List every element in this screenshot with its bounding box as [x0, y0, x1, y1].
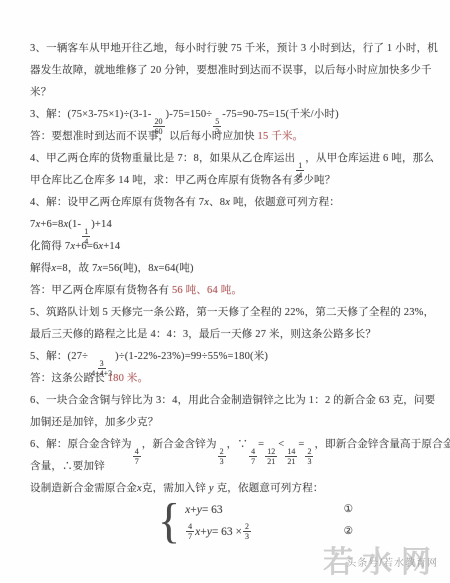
text-run: +6=6	[75, 241, 98, 252]
text-line: 答：甲乙两仓库原有货物各有 56 吨、64 吨。	[30, 280, 428, 302]
text-line: 7x+6=8x(1-14)+14	[30, 214, 428, 236]
text-run: 最后三天修的路程之比是 4：4：3，最后一天修 27 米，则这条公路多长？	[30, 329, 376, 340]
text-line: 3、一辆客车从甲地开往乙地，每小时行驶 75 千米，预计 3 小时到达，行了 1…	[30, 38, 428, 60]
text-run: +14	[103, 241, 120, 252]
text-run: 3、一辆客车从甲地开往乙地，每小时行驶 75 千米，预计 3 小时到达，行了 1…	[30, 43, 438, 54]
text-line: 答：这条公路长 180 米。	[30, 368, 428, 390]
text-run: 答：要想准时到达而不误事，以后每小时应加快	[30, 131, 258, 142]
text-run: 化简得 7	[30, 241, 70, 252]
system-equation-row: x + y = 63①	[185, 501, 353, 519]
text-run: 加铜还是加锌，加多少克？	[30, 417, 158, 428]
fraction: 47	[186, 522, 194, 541]
text-line: 3、解：(75×3-75×1)÷(3-1-2060)-75=150÷53-75=…	[30, 104, 428, 126]
text-line: 含量，∴要加锌	[30, 456, 428, 478]
text-line: 化简得 7x+6=6x+14	[30, 236, 428, 258]
fraction: 1421	[285, 447, 297, 466]
fraction: 23	[218, 447, 226, 466]
text-run: 设制造新合金需原合金	[30, 483, 137, 494]
equation-number-badge: ①	[344, 501, 353, 519]
text-line: 4、甲乙两仓库的货物重量比是 7：8，如果从乙仓库运出14，从甲仓库运进 6 吨…	[30, 148, 428, 170]
text-line: 5、解：(27÷34+4+3)÷(1-22%-23%)=99÷55%=180(米…	[30, 346, 428, 368]
system-equation-row: 47x + y = 63 × 23②	[185, 522, 353, 541]
text-run: = 63 ×	[212, 523, 242, 541]
fraction: 1221	[265, 447, 277, 466]
text-run: 4、解：设甲乙两仓库原有货物各有 7	[30, 197, 204, 208]
text-line: 答：要想准时到达而不误事，以后每小时应加快 15 千米。	[30, 126, 428, 148]
text-run: =	[258, 439, 264, 450]
text-run: =64(吨)	[159, 263, 194, 274]
text-run: ，∵	[227, 439, 248, 450]
equation-system: { x + y = 63①47x + y = 63 × 23②	[158, 498, 353, 544]
text-run: = 63	[202, 501, 223, 519]
text-run: )+14	[91, 219, 112, 230]
text-run: )-75=150÷	[166, 109, 213, 120]
text-run: 5、筑路队计划 5 天修完一条公路，第一天修了全程的 22%，第二天修了全程的 …	[30, 307, 434, 318]
fraction: 47	[249, 447, 257, 466]
text-run: ，即新合金锌含量高于原合金锌	[314, 439, 450, 450]
text-run: 4、甲乙两仓库的货物重量比是 7：8，如果从乙仓库运出	[30, 153, 295, 164]
left-brace: {	[158, 497, 180, 545]
text-run: 克，依题意可列方程：	[214, 483, 324, 494]
watermark-caption: 头条号/若水教育网	[346, 554, 438, 569]
text-run: 器发生故障，就地维修了 20 分钟，要想准时到达而不误事，以后每小时应加快多少千	[30, 65, 432, 76]
text-run: 5、解：(27÷	[30, 351, 88, 362]
text-line: 5、筑路队计划 5 天修完一条公路，第一天修了全程的 22%，第二天修了全程的 …	[30, 302, 428, 324]
text-run: 3、解：(75×3-75×1)÷(3-1-	[30, 109, 152, 120]
text-run: =	[298, 439, 304, 450]
text-run: ，从甲仓库运进 6 吨，那么	[305, 153, 434, 164]
text-line: 器发生故障，就地维修了 20 分钟，要想准时到达而不误事，以后每小时应加快多少千	[30, 60, 428, 82]
text-line: 解得x=8，故 7x=56(吨)，8x=64(吨)	[30, 258, 428, 280]
text-run: 解得	[30, 263, 51, 274]
text-run: ，新合金含锌为	[142, 439, 217, 450]
text-run: 米？	[30, 87, 51, 98]
text-run: <	[278, 439, 284, 450]
text-line: 6、一块合金含铜与锌比为 3：4，用此合金制造铜锌之比为 1：2 的新合金 63…	[30, 390, 428, 412]
fraction: 47	[133, 447, 141, 466]
text-run: -75=90-75=15(千米/小时)	[222, 109, 339, 120]
text-run: 6、解：原合金含锌为	[30, 439, 132, 450]
text-run: (1-	[68, 219, 81, 230]
text-run: 、8	[209, 197, 225, 208]
text-line: 6、解：原合金含锌为47，新合金含锌为23，∵47=1221<1421=23，即…	[30, 434, 428, 456]
text-run: =56(吨)，8	[102, 263, 153, 274]
text-run: 答：这条公路长	[30, 373, 108, 384]
text-line: 甲仓库比乙仓库多 14 吨，求：甲乙两仓库原有货物各有多少吨？	[30, 170, 428, 192]
text-run: +6=8	[40, 219, 63, 230]
text-run: 56 吨、64 吨。	[172, 285, 242, 296]
text-run: 吨，依题意可列方程：	[230, 197, 340, 208]
text-line: 设制造新合金需原合金x克，需加入锌 y 克，依题意可列方程：	[30, 478, 428, 500]
text-line: 最后三天修的路程之比是 4：4：3，最后一天修 27 米，则这条公路多长？	[30, 324, 428, 346]
text-run: )÷(1-22%-23%)=99÷55%=180(米)	[115, 351, 268, 362]
text-run: 含量，∴要加锌	[30, 461, 105, 472]
worksheet-page: 3、一辆客车从甲地开往乙地，每小时行驶 75 千米，预计 3 小时到达，行了 1…	[0, 0, 450, 583]
document-body: 3、一辆客车从甲地开往乙地，每小时行驶 75 千米，预计 3 小时到达，行了 1…	[30, 38, 428, 500]
text-run: 答：甲乙两仓库原有货物各有	[30, 285, 172, 296]
fraction: 23	[305, 447, 313, 466]
text-run: 克，需加入锌	[142, 483, 209, 494]
text-run: 180 米。	[108, 373, 149, 384]
system-rows: x + y = 63①47x + y = 63 × 23②	[185, 501, 353, 541]
text-run: 6、一块合金含铜与锌比为 3：4，用此合金制造铜锌之比为 1：2 的新合金 63…	[30, 395, 435, 406]
text-line: 加铜还是加锌，加多少克？	[30, 412, 428, 434]
text-run: =8，故 7	[56, 263, 97, 274]
text-line: 米？	[30, 82, 428, 104]
text-run: 甲仓库比乙仓库多 14 吨，求：甲乙两仓库原有货物各有多少吨？	[30, 175, 335, 186]
text-line: 4、解：设甲乙两仓库原有货物各有 7x、8x 吨，依题意可列方程：	[30, 192, 428, 214]
text-run: 15 千米。	[258, 131, 304, 142]
fraction: 23	[243, 522, 251, 541]
equation-number-badge: ②	[344, 523, 353, 541]
